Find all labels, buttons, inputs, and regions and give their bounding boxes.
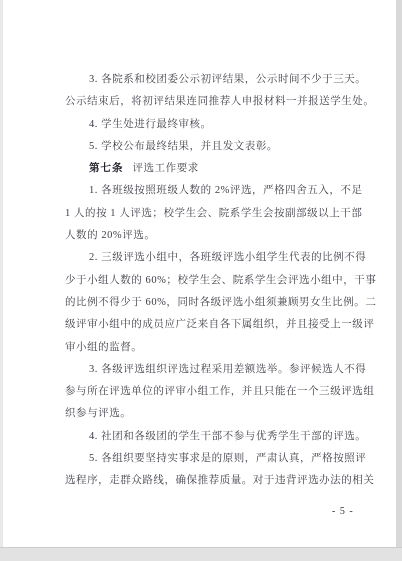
document-page: 3. 各院系和校团委公示初评结果，公示时间不少于三天。 公示结束后，将初评结果连… bbox=[0, 0, 402, 561]
text-line: 5. 各组织要坚持实事求是的原则，严肃认真，严格按照评 bbox=[65, 448, 381, 470]
page-number: - 5 - bbox=[332, 506, 354, 517]
text-line: 5. 学校公布最终结果，并且发文表彰。 bbox=[65, 136, 381, 158]
page-edge-right bbox=[396, 0, 402, 561]
page-edge-bottom bbox=[0, 547, 402, 561]
text-line: 审小组的监督。 bbox=[65, 337, 381, 359]
text-line: 4. 学生处进行最终审核。 bbox=[65, 114, 381, 136]
text-line: 3. 各级评选组织评选过程采用差额选举。参评候选人不得 bbox=[65, 359, 381, 381]
section-heading: 第七条评选工作要求 bbox=[65, 158, 381, 180]
text-line: 人数的 20%评选。 bbox=[65, 225, 381, 247]
text-line: 2. 三级评选小组中，各班级评选小组学生代表的比例不得 bbox=[65, 247, 381, 269]
section-heading-title: 评选工作要求 bbox=[133, 163, 199, 174]
section-heading-number: 第七条 bbox=[89, 163, 124, 174]
text-line: 1 人的按 1 人评选；校学生会、院系学生会按副部级以上干部 bbox=[65, 203, 381, 225]
text-line: 织参与评选。 bbox=[65, 403, 381, 425]
text-line: 公示结束后，将初评结果连同推荐人申报材料一并报送学生处。 bbox=[65, 91, 381, 113]
text-line: 4. 社团和各级团的学生干部不参与优秀学生干部的评选。 bbox=[65, 426, 381, 448]
document-body: 3. 各院系和校团委公示初评结果，公示时间不少于三天。 公示结束后，将初评结果连… bbox=[65, 69, 381, 493]
text-line: 选程序，走群众路线，确保推荐质量。对于违背评选办法的相关 bbox=[65, 470, 381, 492]
text-line: 3. 各院系和校团委公示初评结果，公示时间不少于三天。 bbox=[65, 69, 381, 91]
text-line: 参与所在评选单位的评审小组工作，并且只能在一个三级评选组 bbox=[65, 381, 381, 403]
page-edge-left bbox=[0, 0, 3, 547]
text-line: 的比例不得少于 60%，同时各级评选小组须兼顾男女生比例。二 bbox=[65, 292, 381, 314]
text-line: 1. 各班级按照班级人数的 2%评选，严格四舍五入，不足 bbox=[65, 180, 381, 202]
text-line: 少于小组人数的 60%；校学生会、院系学生会评选小组中，干事 bbox=[65, 270, 381, 292]
text-line: 级评审小组中的成员应广泛来自各下属组织，并且接受上一级评 bbox=[65, 314, 381, 336]
